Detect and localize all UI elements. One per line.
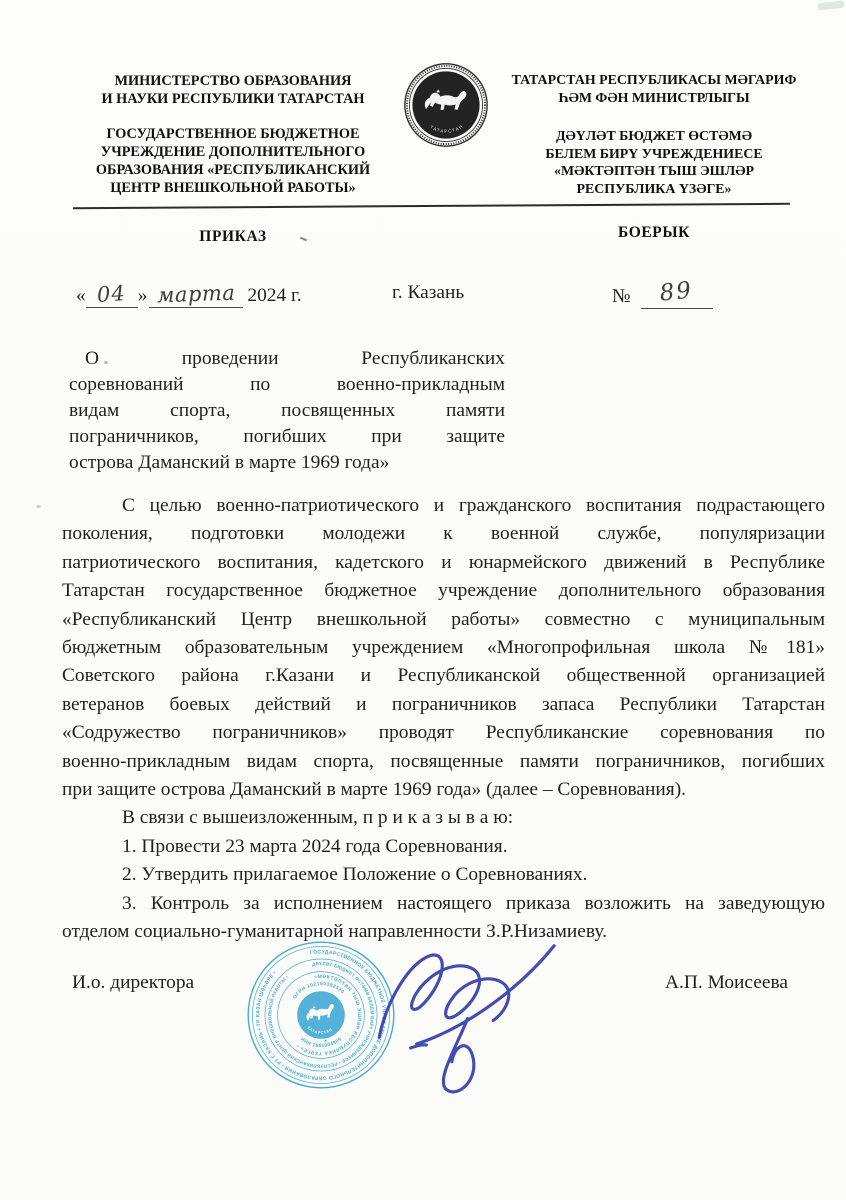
order-item: 1. Провести 23 марта 2024 года Соревнова… (62, 833, 825, 861)
tatarstan-emblem-icon: ТАТАРСТАН (404, 63, 488, 147)
org-line: МИНИСТЕРСТВО ОБРАЗОВАНИЯ (72, 72, 394, 90)
org-line: И НАУКИ РЕСПУБЛИКИ ТАТАРСТАН (72, 90, 394, 108)
city-label: г. Казань (392, 282, 464, 304)
org-block-russian: МИНИСТЕРСТВО ОБРАЗОВАНИЯ И НАУКИ РЕСПУБЛ… (72, 72, 394, 197)
org-ru-ministry: МИНИСТЕРСТВО ОБРАЗОВАНИЯ И НАУКИ РЕСПУБЛ… (72, 72, 394, 108)
date-row: «04»марта2024 г. г. Казань №89 (76, 280, 790, 314)
number-blank: 89 (641, 282, 713, 309)
subject-line: острова Даманский в марте 1969 года» (69, 450, 505, 476)
body-line: Татарстан государственное бюджетное учре… (62, 577, 825, 605)
org-ru-institution: ГОСУДАРСТВЕННОЕ БЮДЖЕТНОЕ УЧРЕЖДЕНИЕ ДОП… (72, 125, 394, 197)
org-line: ГОСУДАРСТВЕННОЕ БЮДЖЕТНОЕ (72, 125, 394, 143)
order-subject: О проведении Республиканских соревновани… (69, 346, 505, 476)
scan-artifact (36, 505, 41, 508)
order-intro: В связи с вышеизложенным, п р и к а з ы … (62, 804, 825, 832)
quote-close: » (138, 285, 148, 306)
body-line: ветеранов боевых действий и пограничнико… (62, 691, 825, 719)
month-blank: марта (149, 282, 243, 308)
org-line: ТАТАРСТАН РЕСПУБЛИКАСЫ МӘГАРИФ (495, 72, 813, 90)
org-line: ДӘҮЛӘТ БЮДЖЕТ ӨСТӘМӘ (495, 128, 813, 146)
body-line: при защите острова Даманский в марте 196… (62, 776, 825, 804)
org-line: РЕСПУБЛИКА ҮЗӘГЕ» (495, 181, 813, 199)
body-line: «Республиканский Центр внешкольной работ… (62, 606, 825, 634)
subject-line: О проведении Республиканских (69, 346, 505, 372)
org-line: ЦЕНТР ВНЕШКОЛЬНОЙ РАБОТЫ» (72, 179, 394, 197)
body-line: С целью военно-патриотического и граждан… (62, 492, 825, 520)
org-line: ҺӘМ ФӘН МИНИСТРЛЫГЫ (495, 90, 813, 108)
org-line: БЕЛЕМ БИРҮ УЧРЕЖДЕНИЕСЕ (495, 146, 813, 164)
date-field: «04»марта2024 г. (76, 282, 302, 308)
subject-line: видам спорта, посвященных памяти (69, 398, 505, 424)
order-title-russian: ПРИКАЗ (72, 228, 394, 246)
body-line: Советского района г.Казани и Республикан… (62, 662, 825, 690)
body-line: «Содружество пограничников» проводят Рес… (62, 719, 825, 747)
body-line: поколения, подготовки молодежи к военной… (62, 520, 825, 548)
body-line: бюджетным образовательным учреждением «М… (62, 634, 825, 662)
signer-position: И.о. директора (72, 972, 194, 994)
subject-line: пограничников, погибших при защите (69, 424, 505, 450)
org-block-tatar: ТАТАРСТАН РЕСПУБЛИКАСЫ МӘГАРИФ ҺӘМ ФӘН М… (495, 72, 813, 199)
subject-line: соревнований по военно-прикладным (69, 372, 505, 398)
scan-artifact (818, 1, 845, 11)
body-line: военно-прикладным видам спорта, посвящен… (62, 748, 825, 776)
handwritten-signature (318, 932, 578, 1104)
scanned-order-document: МИНИСТЕРСТВО ОБРАЗОВАНИЯ И НАУКИ РЕСПУБЛ… (0, 0, 846, 1200)
number-sign: № (612, 286, 631, 307)
order-item: 3. Контроль за исполнением настоящего пр… (62, 890, 825, 918)
org-line: УЧРЕЖДЕНИЕ ДОПОЛНИТЕЛЬНОГО (72, 143, 394, 161)
order-title-tatar: БОЕРЫК (495, 224, 813, 242)
signer-name: А.П. Моисеева (665, 972, 788, 994)
order-body: С целью военно-патриотического и граждан… (62, 492, 825, 947)
org-tt-institution: ДӘҮЛӘТ БЮДЖЕТ ӨСТӘМӘ БЕЛЕМ БИРҮ УЧРЕЖДЕН… (495, 128, 813, 198)
header-divider (73, 203, 790, 209)
year-label: 2024 г. (247, 285, 301, 306)
body-line: патриотического воспитания, кадетского и… (62, 549, 825, 577)
day-blank: 04 (86, 282, 138, 308)
order-item: 2. Утвердить прилагаемое Положение о Сор… (62, 861, 825, 889)
handwritten-day: 04 (97, 281, 127, 307)
quote-open: « (76, 285, 86, 306)
handwritten-month: марта (157, 281, 236, 308)
org-tt-ministry: ТАТАРСТАН РЕСПУБЛИКАСЫ МӘГАРИФ ҺӘМ ФӘН М… (495, 72, 813, 107)
org-line: ОБРАЗОВАНИЯ «РЕСПУБЛИКАНСКИЙ (72, 161, 394, 179)
org-line: «МӘКТӘПТӘН ТЫШ ЭШЛӘР (495, 163, 813, 181)
handwritten-number: 89 (658, 277, 694, 306)
order-number-field: №89 (612, 282, 713, 309)
scan-artifact (104, 361, 108, 364)
